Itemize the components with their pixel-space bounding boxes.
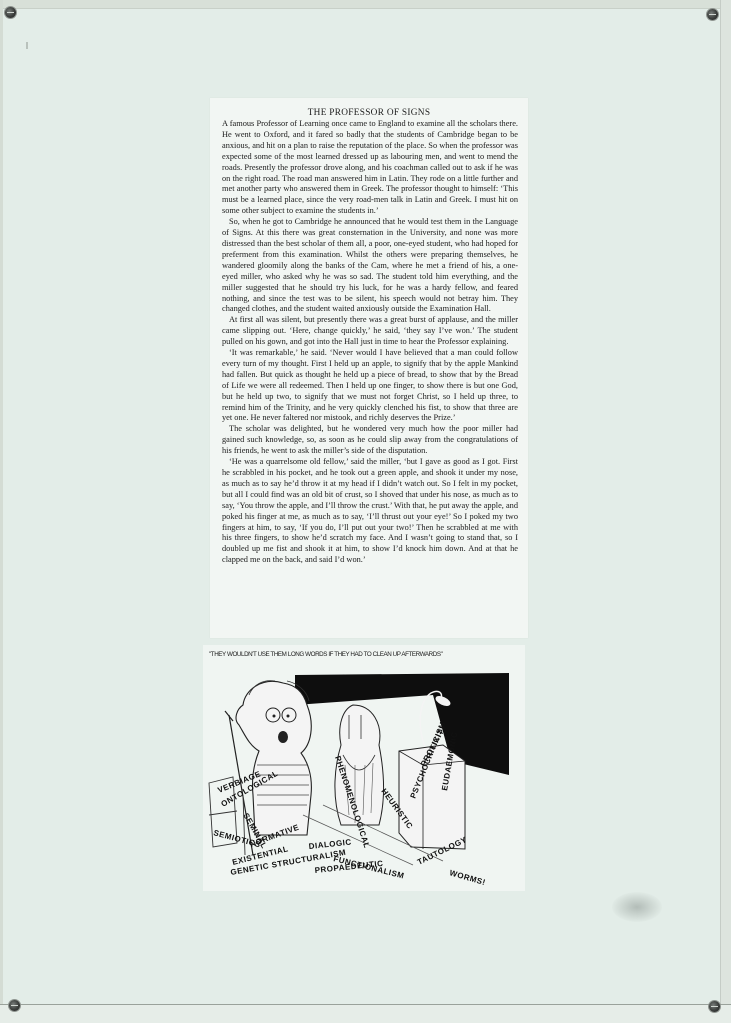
screw-icon-bottom-left bbox=[9, 1000, 20, 1011]
screw-icon-top-right bbox=[707, 9, 718, 20]
svg-text:DIALOGIC: DIALOGIC bbox=[308, 838, 352, 851]
screw-icon-top-left bbox=[5, 7, 16, 18]
svg-text:WORMS!: WORMS! bbox=[448, 868, 486, 887]
story-paragraph: So, when he got to Cambridge he announce… bbox=[222, 217, 518, 315]
story-paragraph: A famous Professor of Learning once came… bbox=[222, 119, 518, 217]
story-title: THE PROFESSOR OF SIGNS bbox=[210, 108, 528, 118]
display-board: THE PROFESSOR OF SIGNS A famous Professo… bbox=[0, 0, 731, 1023]
story-paragraph: At first all was silent, but presently t… bbox=[222, 315, 518, 348]
screw-icon-bottom-right bbox=[709, 1001, 720, 1012]
cartoon-illustration: VERBIAGE ONTOLOGICAL SEMINAL SEMIOTICS N… bbox=[203, 665, 525, 891]
cartoon-panel: "THEY WOULDN'T USE THEM LONG WORDS IF TH… bbox=[203, 645, 525, 891]
story-paragraph: The scholar was delighted, but he wonder… bbox=[222, 424, 518, 457]
story-sheet: THE PROFESSOR OF SIGNS A famous Professo… bbox=[210, 98, 528, 638]
board-mark bbox=[26, 42, 28, 49]
story-paragraph: ‘It was remarkable,’ he said. ‘Never wou… bbox=[222, 348, 518, 424]
board-frame-left bbox=[0, 0, 3, 1023]
board-frame-top bbox=[0, 0, 731, 9]
board-frame-bottom bbox=[0, 1004, 731, 1023]
cartoon-caption: "THEY WOULDN'T USE THEM LONG WORDS IF TH… bbox=[209, 651, 504, 658]
story-paragraph: ‘He was a quarrelsome old fellow,’ said … bbox=[222, 457, 518, 566]
board-smudge bbox=[612, 892, 662, 922]
board-frame-right bbox=[720, 0, 731, 1023]
story-body: A famous Professor of Learning once came… bbox=[210, 119, 528, 566]
